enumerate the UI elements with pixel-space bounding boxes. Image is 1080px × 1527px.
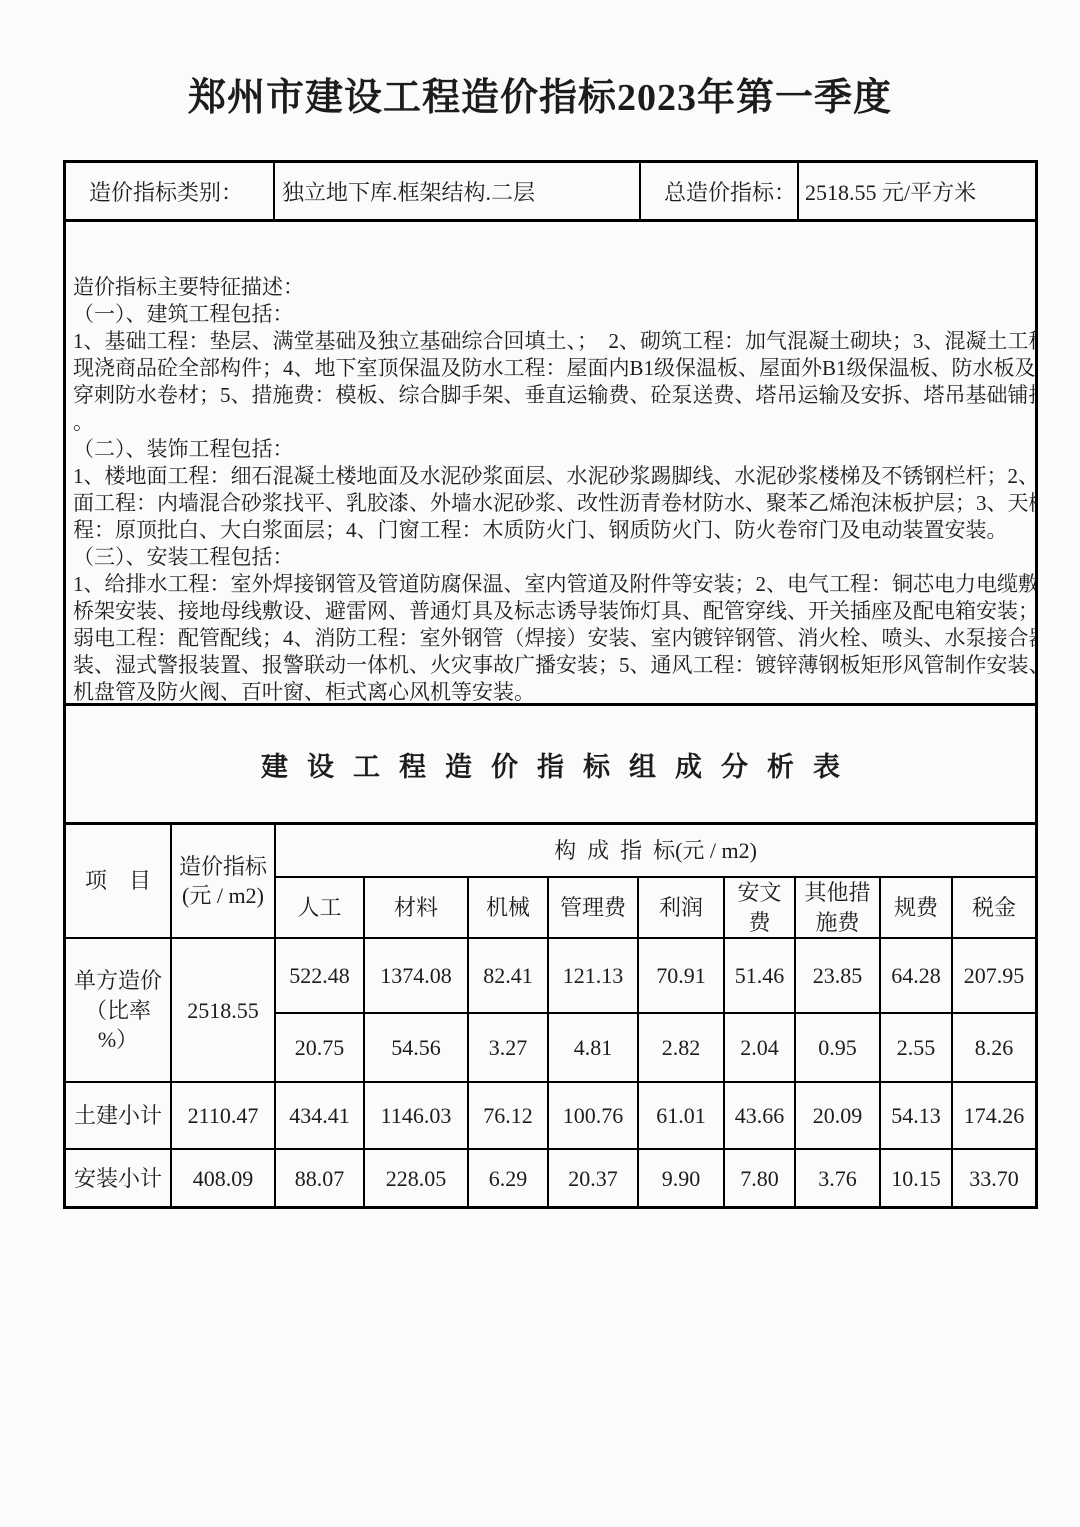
description-line: 机盘管及防火阀、百叶窗、柜式离心风机等安装。 xyxy=(73,679,1029,703)
civil-value-safety-civility-fee: 43.66 xyxy=(724,1082,795,1149)
civil-subtotal-total: 2110.47 xyxy=(171,1082,275,1149)
civil-subtotal-label: 土建小计 xyxy=(66,1082,171,1149)
unit-cost-value-other-measures-fee: 23.85 xyxy=(795,938,880,1013)
unit-cost-ratio-management-fee: 4.81 xyxy=(548,1013,638,1082)
unit-cost-value-management-fee: 121.13 xyxy=(548,938,638,1013)
cost-index-sheet: 造价指标类别： 独立地下库.框架结构.二层 总造价指标： 2518.55 元/平… xyxy=(63,160,1038,1209)
description-line: （二）、装饰工程包括： xyxy=(73,436,1029,463)
total-index-label: 总造价指标： xyxy=(641,163,799,219)
header-item: 项 目 xyxy=(66,825,171,938)
unit-cost-label: 单方造价 （比率 %） xyxy=(66,938,171,1082)
description-line: （一）、建筑工程包括： xyxy=(73,301,1029,328)
description-line: 桥架安装、接地母线敷设、避雷网、普通灯具及标志诱导装饰灯具、配管穿线、开关插座及… xyxy=(73,598,1029,625)
description-line: 现浇商品砼全部构件；4、地下室顶保温及防水工程：屋面内B1级保温板、屋面外B1级… xyxy=(73,355,1029,382)
civil-value-regulation-fee: 54.13 xyxy=(880,1082,952,1149)
description-line: 1、楼地面工程：细石混凝土楼地面及水泥砂浆面层、水泥砂浆踢脚线、水泥砂浆楼梯及不… xyxy=(73,463,1029,490)
unit-cost-ratio-machinery: 3.27 xyxy=(468,1013,548,1082)
civil-value-profit: 61.01 xyxy=(638,1082,724,1149)
unit-cost-value-tax: 207.95 xyxy=(952,938,1035,1013)
col-header-safety-civility-fee: 安文费 xyxy=(724,877,795,938)
total-index-value: 2518.55 元/平方米 xyxy=(799,163,1035,219)
description-section: 造价指标主要特征描述： （一）、建筑工程包括： 1、基础工程：垫层、满堂基础及独… xyxy=(66,222,1035,703)
col-header-tax: 税金 xyxy=(952,877,1035,938)
civil-value-other-measures-fee: 20.09 xyxy=(795,1082,880,1149)
page-title: 郑州市建设工程造价指标2023年第一季度 xyxy=(0,66,1080,121)
col-header-other-measures-fee: 其他措施费 xyxy=(795,877,880,938)
col-header-labor: 人工 xyxy=(275,877,364,938)
install-value-other-measures-fee: 3.76 xyxy=(795,1149,880,1206)
description-heading: 造价指标主要特征描述： xyxy=(73,274,1029,301)
unit-cost-value-material: 1374.08 xyxy=(364,938,468,1013)
description-line: 程：原顶批白、大白浆面层；4、门窗工程：木质防火门、钢质防火门、防火卷帘门及电动… xyxy=(73,517,1029,544)
install-value-machinery: 6.29 xyxy=(468,1149,548,1206)
install-subtotal-label: 安装小计 xyxy=(66,1149,171,1206)
description-line: 1、给排水工程：室外焊接钢管及管道防腐保温、室内管道及附件等安装；2、电气工程：… xyxy=(73,571,1029,598)
analysis-table-title: 建设工程造价指标组成分析表 xyxy=(242,745,859,784)
unit-cost-ratio-profit: 2.82 xyxy=(638,1013,724,1082)
analysis-table: 项 目 造价指标 (元 / m2) 构 成 指 标(元 / m2) 人工 材料 … xyxy=(66,825,1035,1206)
unit-cost-value-machinery: 82.41 xyxy=(468,938,548,1013)
col-header-regulation-fee: 规费 xyxy=(880,877,952,938)
install-value-profit: 9.90 xyxy=(638,1149,724,1206)
install-value-regulation-fee: 10.15 xyxy=(880,1149,952,1206)
description-line: 穿刺防水卷材；5、措施费：模板、综合脚手架、垂直运输费、砼泵送费、塔吊运输及安拆… xyxy=(73,382,1029,409)
col-header-profit: 利润 xyxy=(638,877,724,938)
civil-value-management-fee: 100.76 xyxy=(548,1082,638,1149)
unit-cost-ratio-regulation-fee: 2.55 xyxy=(880,1013,952,1082)
category-value: 独立地下库.框架结构.二层 xyxy=(275,163,641,219)
description-line: （三）、安装工程包括： xyxy=(73,544,1029,571)
analysis-table-title-box: 建设工程造价指标组成分析表 xyxy=(66,703,1035,825)
unit-cost-total: 2518.55 xyxy=(171,938,275,1082)
col-header-management-fee: 管理费 xyxy=(548,877,638,938)
install-value-management-fee: 20.37 xyxy=(548,1149,638,1206)
header-composition: 构 成 指 标(元 / m2) xyxy=(275,825,1035,877)
civil-value-tax: 174.26 xyxy=(952,1082,1035,1149)
install-value-material: 228.05 xyxy=(364,1149,468,1206)
unit-cost-ratio-other-measures-fee: 0.95 xyxy=(795,1013,880,1082)
col-header-machinery: 机械 xyxy=(468,877,548,938)
unit-cost-ratio-tax: 8.26 xyxy=(952,1013,1035,1082)
description-line: 1、基础工程：垫层、满堂基础及独立基础综合回填土、； 2、砌筑工程：加气混凝土砌… xyxy=(73,328,1029,355)
unit-cost-value-regulation-fee: 64.28 xyxy=(880,938,952,1013)
unit-cost-value-profit: 70.91 xyxy=(638,938,724,1013)
install-value-labor: 88.07 xyxy=(275,1149,364,1206)
unit-cost-ratio-material: 54.56 xyxy=(364,1013,468,1082)
unit-cost-value-safety-civility-fee: 51.46 xyxy=(724,938,795,1013)
col-header-material: 材料 xyxy=(364,877,468,938)
header-cost-index: 造价指标 (元 / m2) xyxy=(171,825,275,938)
install-subtotal-total: 408.09 xyxy=(171,1149,275,1206)
civil-value-machinery: 76.12 xyxy=(468,1082,548,1149)
category-label: 造价指标类别： xyxy=(66,163,275,219)
description-line: 。 xyxy=(73,409,1029,436)
civil-value-labor: 434.41 xyxy=(275,1082,364,1149)
civil-value-material: 1146.03 xyxy=(364,1082,468,1149)
description-line: 面工程：内墙混合砂浆找平、乳胶漆、外墙水泥砂浆、改性沥青卷材防水、聚苯乙烯泡沫板… xyxy=(73,490,1029,517)
unit-cost-ratio-labor: 20.75 xyxy=(275,1013,364,1082)
info-row: 造价指标类别： 独立地下库.框架结构.二层 总造价指标： 2518.55 元/平… xyxy=(66,163,1035,222)
install-value-tax: 33.70 xyxy=(952,1149,1035,1206)
description-line: 装、湿式警报装置、报警联动一体机、火灾事故广播安装；5、通风工程：镀锌薄钢板矩形… xyxy=(73,652,1029,679)
unit-cost-ratio-safety-civility-fee: 2.04 xyxy=(724,1013,795,1082)
install-value-safety-civility-fee: 7.80 xyxy=(724,1149,795,1206)
unit-cost-value-labor: 522.48 xyxy=(275,938,364,1013)
description-line: 弱电工程：配管配线；4、消防工程：室外钢管（焊接）安装、室内镀锌钢管、消火栓、喷… xyxy=(73,625,1029,652)
